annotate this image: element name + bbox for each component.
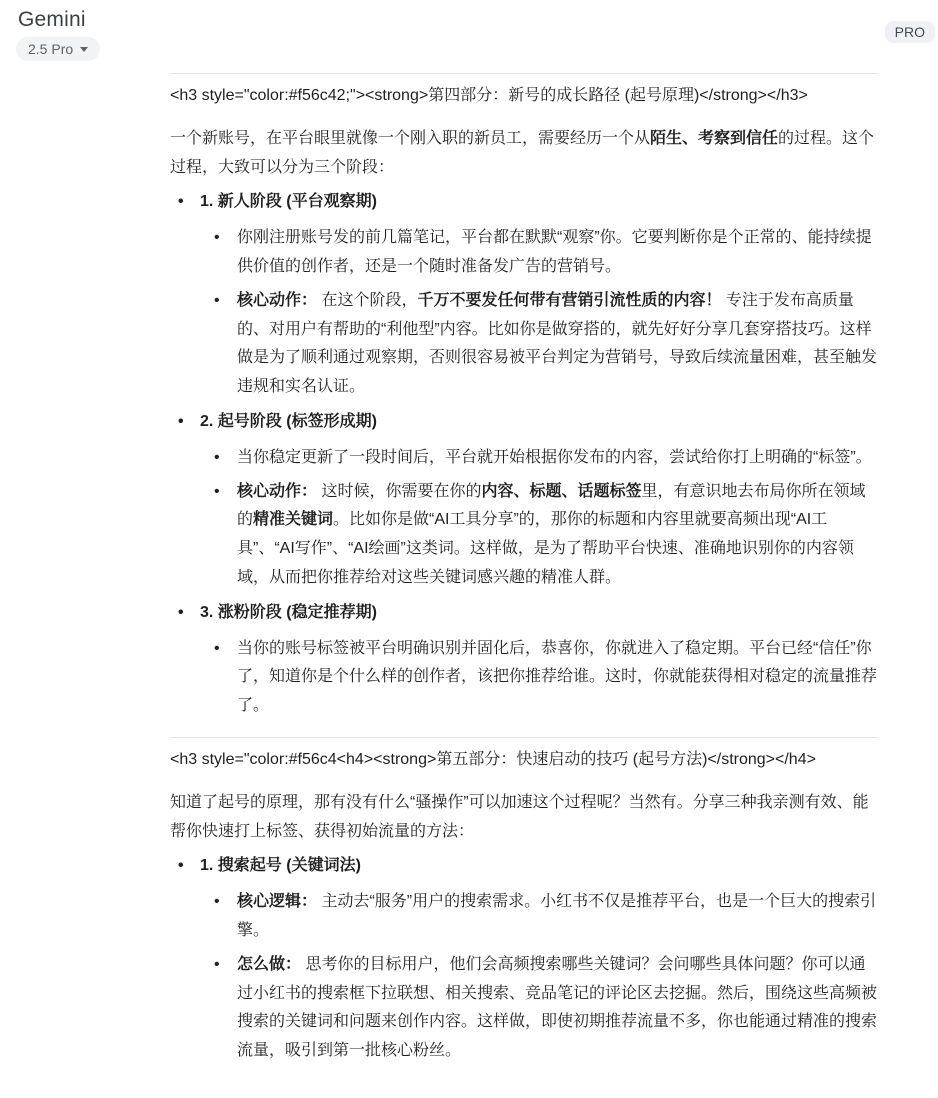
stage1-title: 1. 新人阶段 (平台观察期) [200,193,377,210]
text-run: 主动去“服务”用户的搜索需求。小红书不仅是推荐平台，也是一个巨大的搜索引擎。 [237,893,876,939]
list-item: 核心动作： 在这个阶段，千万不要发任何带有营销引流性质的内容！ 专注于发布高质量… [200,287,878,402]
model-selector[interactable]: 2.5 Pro [16,37,100,61]
list-item-method1: 1. 搜索起号 (关键词法) 核心逻辑： 主动去“服务”用户的搜索需求。小红书不… [170,852,878,1066]
stage3-sublist: 当你的账号标签被平台明确识别并固化后，恭喜你，你就进入了稳定期。平台已经“信任”… [200,635,878,721]
intro-paragraph-part5: 知道了起号的原理，那有没有什么“骚操作”可以加速这个过程呢？当然有。分享三种我亲… [170,789,878,847]
divider [170,73,878,74]
list-item-stage2: 2. 起号阶段 (标签形成期) 当你稳定更新了一段时间后，平台就开始根据你发布的… [170,408,878,593]
list-item: 当你稳定更新了一段时间后，平台就开始根据你发布的内容，尝试给你打上明确的“标签”… [200,444,878,473]
pro-badge: PRO [885,21,935,43]
list-item: 你刚注册账号发的前几篇笔记，平台都在默默“观察”你。它要判断你是个正常的、能持续… [200,224,878,282]
launch-methods-list: 1. 搜索起号 (关键词法) 核心逻辑： 主动去“服务”用户的搜索需求。小红书不… [170,852,878,1066]
raw-html-heading-part5: <h3 style="color:#f56c4<h4><strong>第五部分：… [170,746,878,775]
text-run: 这时候，你需要在你的 [317,483,481,500]
stage2-sublist: 当你稳定更新了一段时间后，平台就开始根据你发布的内容，尝试给你打上明确的“标签”… [200,444,878,593]
text-run: 你刚注册账号发的前几篇笔记，平台都在默默“观察”你。它要判断你是个正常的、能持续… [237,229,872,275]
list-item-stage3: 3. 涨粉阶段 (稳定推荐期) 当你的账号标签被平台明确识别并固化后，恭喜你，你… [170,599,878,721]
bold-text-run: 怎么做： [237,956,301,973]
method1-sublist: 核心逻辑： 主动去“服务”用户的搜索需求。小红书不仅是推荐平台，也是一个巨大的搜… [200,888,878,1066]
stage2-title: 2. 起号阶段 (标签形成期) [200,413,377,430]
text-run: 一个新账号，在平台眼里就像一个刚入职的新员工，需要经历一个从 [170,130,650,147]
list-item-stage1: 1. 新人阶段 (平台观察期) 你刚注册账号发的前几篇笔记，平台都在默默“观察”… [170,188,878,402]
stage1-sublist: 你刚注册账号发的前几篇笔记，平台都在默默“观察”你。它要判断你是个正常的、能持续… [200,224,878,402]
list-item: 怎么做： 思考你的目标用户，他们会高频搜索哪些关键词？会问哪些具体问题？你可以通… [200,951,878,1066]
bold-text-run: 内容、标题、话题标签 [481,483,641,500]
text-run: 在这个阶段， [317,292,417,309]
model-selector-label: 2.5 Pro [28,41,73,57]
list-item: 核心动作： 这时候，你需要在你的内容、标题、话题标签里，有意识地去布局你所在领域… [200,478,878,593]
app-header: Gemini 2.5 Pro PRO [0,0,938,62]
intro-paragraph-part4: 一个新账号，在平台眼里就像一个刚入职的新员工，需要经历一个从陌生、考察到信任的过… [170,125,878,183]
assistant-response: <h3 style="color:#f56c42;"><strong>第四部分：… [170,73,878,1066]
bold-text-run: 精准关键词 [253,511,333,528]
list-item: 当你的账号标签被平台明确识别并固化后，恭喜你，你就进入了稳定期。平台已经“信任”… [200,635,878,721]
text-run: 当你稳定更新了一段时间后，平台就开始根据你发布的内容，尝试给你打上明确的“标签”… [237,449,872,466]
growth-stages-list: 1. 新人阶段 (平台观察期) 你刚注册账号发的前几篇笔记，平台都在默默“观察”… [170,188,878,721]
text-run: 知道了起号的原理，那有没有什么“骚操作”可以加速这个过程呢？当然有。分享三种我亲… [170,794,869,840]
text-run: 当你的账号标签被平台明确识别并固化后，恭喜你，你就进入了稳定期。平台已经“信任”… [237,640,877,715]
raw-html-heading-part4: <h3 style="color:#f56c42;"><strong>第四部分：… [170,82,878,111]
bold-text-run: 核心逻辑： [237,893,317,910]
bold-text-run: 核心动作： [237,483,317,500]
bold-text-run: 陌生、考察到信任 [650,130,778,147]
stage3-title: 3. 涨粉阶段 (稳定推荐期) [200,604,377,621]
bold-text-run: 千万不要发任何带有营销引流性质的内容！ [417,292,721,309]
app-title: Gemini [18,8,938,32]
divider [170,737,878,738]
list-item: 核心逻辑： 主动去“服务”用户的搜索需求。小红书不仅是推荐平台，也是一个巨大的搜… [200,888,878,946]
method1-title: 1. 搜索起号 (关键词法) [200,857,361,874]
text-run: 思考你的目标用户，他们会高频搜索哪些关键词？会问哪些具体问题？你可以通过小红书的… [237,956,877,1059]
chevron-down-icon [80,47,88,52]
bold-text-run: 核心动作： [237,292,317,309]
